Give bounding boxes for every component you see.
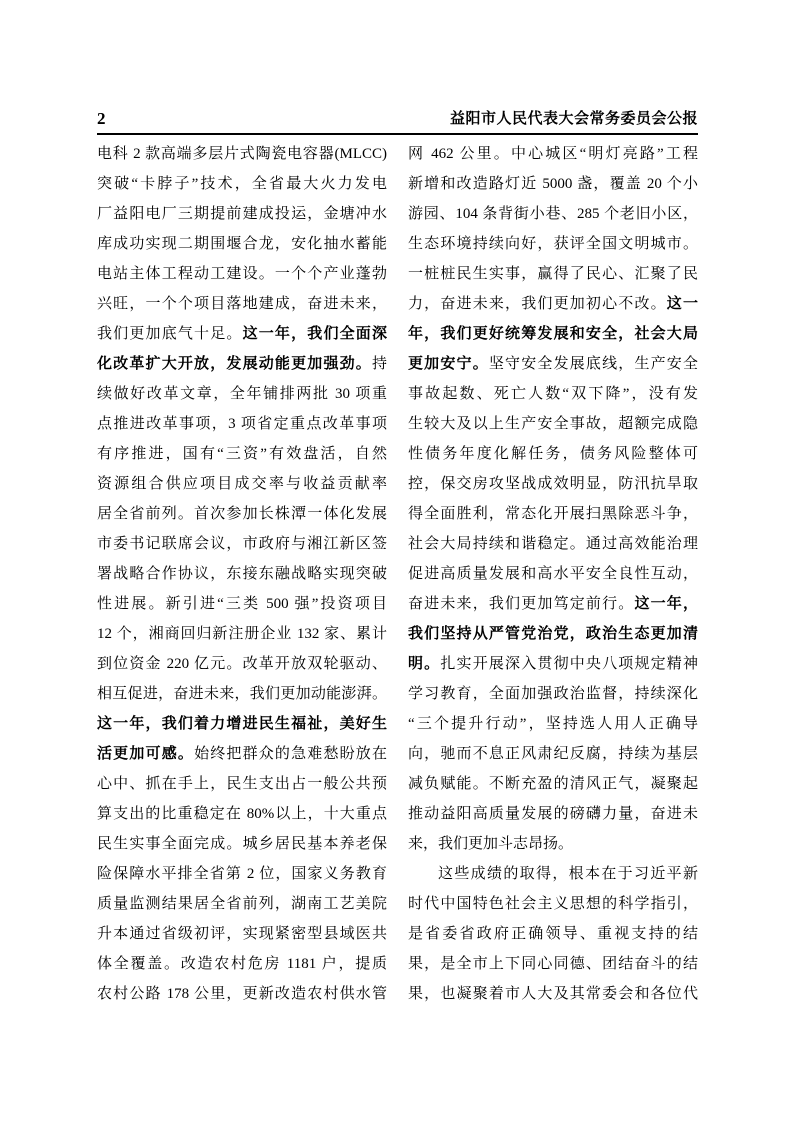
text-run: 持 (372, 356, 387, 372)
text-run: 来，我们更加斗志昂扬。 (408, 836, 573, 852)
text-line: 事故起数、死亡人数“双下降”，没有发 (408, 379, 698, 409)
text-line: 得全面胜利，常态化开展扫黑除恶斗争， (408, 499, 698, 529)
text-line: 算支出的比重稳定在 80%以上，十大重点 (97, 799, 387, 829)
text-line: “三个提升行动”，坚持选人用人正确导 (408, 709, 698, 739)
text-run: 游园、104 条背街小巷、285 个老旧小区， (408, 206, 698, 222)
text-run: 推动益阳高质量发展的磅礴力量，奋进未 (408, 806, 698, 822)
text-run: 果，是全市上下同心同德、团结奋斗的结 (408, 956, 698, 972)
text-run: 性进展。新引进“三类 500 强”投资项目 (97, 596, 387, 612)
text-line: 质量监测结果居全省前列，湖南工艺美院 (97, 889, 387, 919)
text-run: 社会大局持续和谐稳定。通过高效能治理 (408, 536, 698, 552)
page-number: 2 (97, 108, 106, 130)
text-line: 升本通过省级初评，实现紧密型县域医共 (97, 919, 387, 949)
text-line: 民生实事全面完成。城乡居民基本养老保 (97, 829, 387, 859)
text-line: 厂益阳电厂三期提前建成投运，金塘冲水 (97, 199, 387, 229)
text-run: 险保障水平排全省第 2 位，国家义务教育 (97, 866, 387, 882)
text-line: 网 462 公里。中心城区“明灯亮路”工程 (408, 139, 698, 169)
text-line: 时代中国特色社会主义思想的科学指引， (408, 889, 698, 919)
text-run: 始终把群众的急难愁盼放在 (194, 746, 387, 762)
column-right: 网 462 公里。中心城区“明灯亮路”工程新增和改造路灯近 5000 盏，覆盖 … (408, 139, 698, 1009)
text-line: 年，我们更好统筹发展和安全，社会大局 (408, 319, 698, 349)
text-run: 是省委省政府正确领导、重视支持的结 (408, 926, 698, 942)
text-line: 社会大局持续和谐稳定。通过高效能治理 (408, 529, 698, 559)
header-rule (97, 133, 698, 135)
text-line: 相互促进，奋进未来，我们更加动能澎湃。 (97, 679, 387, 709)
page-header: 2 益阳市人民代表大会常务委员会公报 (97, 108, 698, 130)
text-run: 学习教育，全面加强政治监督，持续深化 (408, 686, 698, 702)
text-run: 扎实开展深入贯彻中央八项规定精神 (440, 656, 698, 672)
text-run: 力，奋进未来，我们更加初心不改。 (408, 296, 667, 312)
text-run: 质量监测结果居全省前列，湖南工艺美院 (97, 896, 387, 912)
text-line: 减负赋能。不断充盈的清风正气，凝聚起 (408, 769, 698, 799)
text-run: “三个提升行动”，坚持选人用人正确导 (408, 716, 698, 732)
text-line: 心中、抓在手上，民生支出占一般公共预 (97, 769, 387, 799)
text-run: 性债务年度化解任务，债务风险整体可 (408, 446, 698, 462)
text-run: 得全面胜利，常态化开展扫黑除恶斗争， (408, 506, 698, 522)
text-line: 向，驰而不息正风肃纪反腐，持续为基层 (408, 739, 698, 769)
text-run: 促进高质量发展和高水平安全良性互动， (408, 566, 698, 582)
text-line: 促进高质量发展和高水平安全良性互动， (408, 559, 698, 589)
column-left: 电科 2 款高端多层片式陶瓷电容器(MLCC)突破“卡脖子”技术，全省最大火力发… (97, 139, 387, 1009)
text-run: 生较大及以上生产安全事故，超额完成隐 (408, 416, 698, 432)
bold-text-run: 这一 (667, 296, 698, 312)
text-run: 果，也凝聚着市人大及其常委会和各位代 (408, 986, 698, 1002)
text-line: 库成功实现二期围堰合龙，安化抽水蓄能 (97, 229, 387, 259)
text-run: 心中、抓在手上，民生支出占一般公共预 (97, 776, 387, 792)
text-run: 资源组合供应项目成交率与收益贡献率 (97, 476, 387, 492)
text-line: 推动益阳高质量发展的磅礴力量，奋进未 (408, 799, 698, 829)
text-line: 市委书记联席会议，市政府与湘江新区签 (97, 529, 387, 559)
text-line: 这些成绩的取得，根本在于习近平新 (408, 859, 698, 889)
text-line: 兴旺，一个个项目落地建成，奋进未来， (97, 289, 387, 319)
text-line: 续做好改革文章，全年铺排两批 30 项重 (97, 379, 387, 409)
text-line: 力，奋进未来，我们更加初心不改。这一 (408, 289, 698, 319)
text-run: 市委书记联席会议，市政府与湘江新区签 (97, 536, 387, 552)
text-line: 12 个，湘商回归新注册企业 132 家、累计 (97, 619, 387, 649)
text-line: 奋进未来，我们更加笃定前行。这一年， (408, 589, 698, 619)
text-run: 控，保交房攻坚战成效明显，防汛抗旱取 (408, 476, 698, 492)
text-line: 险保障水平排全省第 2 位，国家义务教育 (97, 859, 387, 889)
text-run: 减负赋能。不断充盈的清风正气，凝聚起 (408, 776, 698, 792)
bold-text-run: 明。 (408, 656, 440, 672)
text-run: 电站主体工程动工建设。一个个产业蓬勃 (97, 266, 387, 282)
header-title: 益阳市人民代表大会常务委员会公报 (450, 108, 698, 130)
text-line: 这一年，我们着力增进民生福祉，美好生 (97, 709, 387, 739)
text-run: 我们更加底气十足。 (97, 326, 243, 342)
bold-text-run: 化改革扩大开放，发展动能更加强劲。 (97, 356, 372, 372)
text-line: 我们更加底气十足。这一年，我们全面深 (97, 319, 387, 349)
bold-text-run: 这一年，我们全面深 (243, 326, 387, 342)
text-run: 坚守安全发展底线，生产安全 (489, 356, 698, 372)
text-run: 有序推进，国有“三资”有效盘活，自然 (97, 446, 387, 462)
bold-text-run: 这一年， (634, 596, 698, 612)
text-run: 一桩桩民生实事，赢得了民心、汇聚了民 (408, 266, 698, 282)
text-run: 12 个，湘商回归新注册企业 132 家、累计 (97, 626, 387, 642)
text-run: 突破“卡脖子”技术，全省最大火力发电 (97, 176, 387, 192)
text-line: 农村公路 178 公里，更新改造农村供水管 (97, 979, 387, 1009)
text-run: 署战略合作协议，东接东融战略实现突破 (97, 566, 387, 582)
text-line: 资源组合供应项目成交率与收益贡献率 (97, 469, 387, 499)
text-line: 电科 2 款高端多层片式陶瓷电容器(MLCC) (97, 139, 387, 169)
text-line: 署战略合作协议，东接东融战略实现突破 (97, 559, 387, 589)
text-run: 新增和改造路灯近 5000 盏，覆盖 20 个小 (408, 176, 698, 192)
text-run: 电科 2 款高端多层片式陶瓷电容器(MLCC) (97, 146, 387, 162)
text-line: 体全覆盖。改造农村危房 1181 户，提质 (97, 949, 387, 979)
bold-text-run: 更加安宁。 (408, 356, 489, 372)
text-line: 电站主体工程动工建设。一个个产业蓬勃 (97, 259, 387, 289)
text-run: 厂益阳电厂三期提前建成投运，金塘冲水 (97, 206, 387, 222)
text-line: 有序推进，国有“三资”有效盘活，自然 (97, 439, 387, 469)
text-line: 生态环境持续向好，获评全国文明城市。 (408, 229, 698, 259)
text-run: 事故起数、死亡人数“双下降”，没有发 (408, 386, 698, 402)
text-line: 新增和改造路灯近 5000 盏，覆盖 20 个小 (408, 169, 698, 199)
text-line: 学习教育，全面加强政治监督，持续深化 (408, 679, 698, 709)
bold-text-run: 这一年，我们着力增进民生福祉，美好生 (97, 716, 387, 732)
text-line: 一桩桩民生实事，赢得了民心、汇聚了民 (408, 259, 698, 289)
text-line: 化改革扩大开放，发展动能更加强劲。持 (97, 349, 387, 379)
text-line: 更加安宁。坚守安全发展底线，生产安全 (408, 349, 698, 379)
text-line: 突破“卡脖子”技术，全省最大火力发电 (97, 169, 387, 199)
text-run: 兴旺，一个个项目落地建成，奋进未来， (97, 296, 387, 312)
text-line: 果，是全市上下同心同德、团结奋斗的结 (408, 949, 698, 979)
text-run: 居全省前列。首次参加长株潭一体化发展 (97, 506, 387, 522)
text-run: 生态环境持续向好，获评全国文明城市。 (408, 236, 698, 252)
text-line: 性债务年度化解任务，债务风险整体可 (408, 439, 698, 469)
text-line: 到位资金 220 亿元。改革开放双轮驱动、 (97, 649, 387, 679)
text-line: 游园、104 条背街小巷、285 个老旧小区， (408, 199, 698, 229)
text-run: 网 462 公里。中心城区“明灯亮路”工程 (408, 146, 698, 162)
text-line: 生较大及以上生产安全事故，超额完成隐 (408, 409, 698, 439)
text-run: 体全覆盖。改造农村危房 1181 户，提质 (97, 956, 387, 972)
text-line: 居全省前列。首次参加长株潭一体化发展 (97, 499, 387, 529)
text-run: 这些成绩的取得，根本在于习近平新 (438, 866, 698, 882)
text-run: 算支出的比重稳定在 80%以上，十大重点 (97, 806, 387, 822)
text-line: 性进展。新引进“三类 500 强”投资项目 (97, 589, 387, 619)
article-body: 电科 2 款高端多层片式陶瓷电容器(MLCC)突破“卡脖子”技术，全省最大火力发… (97, 139, 698, 1009)
text-run: 相互促进，奋进未来，我们更加动能澎湃。 (97, 686, 387, 702)
text-run: 向，驰而不息正风肃纪反腐，持续为基层 (408, 746, 698, 762)
text-line: 是省委省政府正确领导、重视支持的结 (408, 919, 698, 949)
bold-text-run: 活更加可感。 (97, 746, 194, 762)
text-line: 活更加可感。始终把群众的急难愁盼放在 (97, 739, 387, 769)
text-run: 库成功实现二期围堰合龙，安化抽水蓄能 (97, 236, 387, 252)
text-run: 点推进改革事项，3 项省定重点改革事项 (97, 416, 387, 432)
text-line: 来，我们更加斗志昂扬。 (408, 829, 698, 859)
text-line: 我们坚持从严管党治党，政治生态更加清 (408, 619, 698, 649)
bold-text-run: 年，我们更好统筹发展和安全，社会大局 (408, 326, 698, 342)
text-run: 奋进未来，我们更加笃定前行。 (408, 596, 634, 612)
text-run: 时代中国特色社会主义思想的科学指引， (408, 896, 698, 912)
text-run: 升本通过省级初评，实现紧密型县域医共 (97, 926, 387, 942)
text-run: 农村公路 178 公里，更新改造农村供水管 (97, 986, 387, 1002)
text-run: 到位资金 220 亿元。改革开放双轮驱动、 (97, 656, 387, 672)
bold-text-run: 我们坚持从严管党治党，政治生态更加清 (408, 626, 698, 642)
text-line: 控，保交房攻坚战成效明显，防汛抗旱取 (408, 469, 698, 499)
text-line: 点推进改革事项，3 项省定重点改革事项 (97, 409, 387, 439)
text-run: 续做好改革文章，全年铺排两批 30 项重 (97, 386, 387, 402)
text-line: 果，也凝聚着市人大及其常委会和各位代 (408, 979, 698, 1009)
text-run: 民生实事全面完成。城乡居民基本养老保 (97, 836, 387, 852)
document-page: 2 益阳市人民代表大会常务委员会公报 电科 2 款高端多层片式陶瓷电容器(MLC… (0, 0, 794, 1122)
text-line: 明。扎实开展深入贯彻中央八项规定精神 (408, 649, 698, 679)
